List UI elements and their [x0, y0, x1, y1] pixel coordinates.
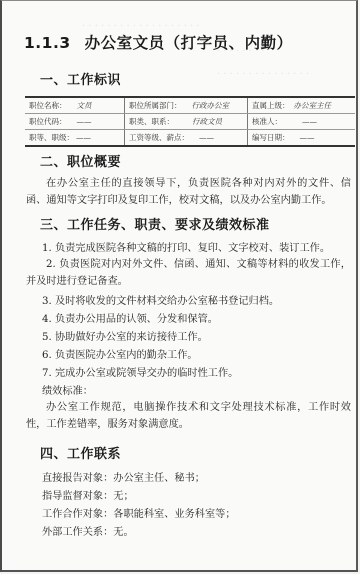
- table-cell: 职位代码：——: [25, 114, 125, 130]
- task-item: 7. 完成办公室或院领导交办的临时性工作。: [42, 364, 238, 379]
- task-item: 2. 负责医院对内对外文件、信函、通知、文稿等材料的收发工作，并及时进行登记备查…: [26, 256, 351, 290]
- table-row: 职位名称：文员 职位所属部门：行政办公室 直属上级：办公室主任: [25, 97, 355, 114]
- document-page: · · · · · · · · · · · · · · · · · · · · …: [0, 0, 358, 572]
- table-cell: 职位名称：文员: [25, 97, 125, 114]
- task-item: 3. 及时将收发的文件材料交给办公室秘书登记归档。: [42, 292, 279, 307]
- heading-job-summary: 二、职位概要: [40, 151, 121, 170]
- task-item: 6. 负责医院办公室内的勤杂工作。: [42, 346, 198, 361]
- heading-tasks: 三、工作任务、职责、要求及绩效标准: [40, 214, 270, 233]
- section-title-text: 办公室文员（打字员、内勤）: [85, 34, 293, 52]
- table-cell: 核准人：——: [248, 114, 356, 130]
- table-row: 职位代码：—— 职类、职系：行政文员 核准人：——: [25, 114, 355, 130]
- table-cell: 职等、职级：——: [25, 130, 125, 147]
- heading-work-relations: 四、工作联系: [40, 443, 121, 462]
- task-item: 1. 负责完成医院各种文稿的打印、复印、文字校对、装订工作。: [42, 239, 330, 254]
- table-cell: 工资等级、薪点：——: [125, 130, 248, 147]
- task-item: 5. 协助做好办公室的来访接待工作。: [42, 328, 208, 343]
- relation-item: 外部工作关系：无。: [42, 523, 134, 538]
- section-title: 1.1.3办公室文员（打字员、内勤）: [24, 31, 293, 53]
- table-cell: 职类、职系：行政文员: [125, 114, 248, 130]
- job-info-table: 职位名称：文员 职位所属部门：行政办公室 直属上级：办公室主任 职位代码：—— …: [25, 96, 355, 147]
- relation-item: 指导监督对象：无；: [42, 487, 134, 502]
- performance-text: 办公室工作规范，电脑操作技术和文字处理技术标准，工作时效性，工作差错率，服务对象…: [26, 399, 351, 433]
- table-cell: 职位所属部门：行政办公室: [125, 97, 248, 114]
- task-item: 4. 负责办公用品的认领、分发和保管。: [42, 310, 218, 325]
- job-summary-text: 在办公室主任的直接领导下，负责医院各种对内对外的文件、信函、通知等文字打印及复印…: [26, 175, 351, 209]
- section-number: 1.1.3: [24, 34, 71, 52]
- heading-job-identification: 一、工作标识: [40, 69, 121, 88]
- table-cell: 直属上级：办公室主任: [248, 97, 356, 114]
- performance-label: 绩效标准：: [42, 382, 93, 397]
- bleed-through-text: · · · · · · · · · · · · · · ·: [217, 69, 309, 80]
- relation-item: 直接报告对象：办公室主任、秘书；: [42, 469, 205, 484]
- relation-item: 工作合作对象：各职能科室、业务科室等；: [42, 505, 236, 520]
- table-cell: 编写日期：——: [248, 130, 356, 147]
- table-row: 职等、职级：—— 工资等级、薪点：—— 编写日期：——: [25, 130, 355, 147]
